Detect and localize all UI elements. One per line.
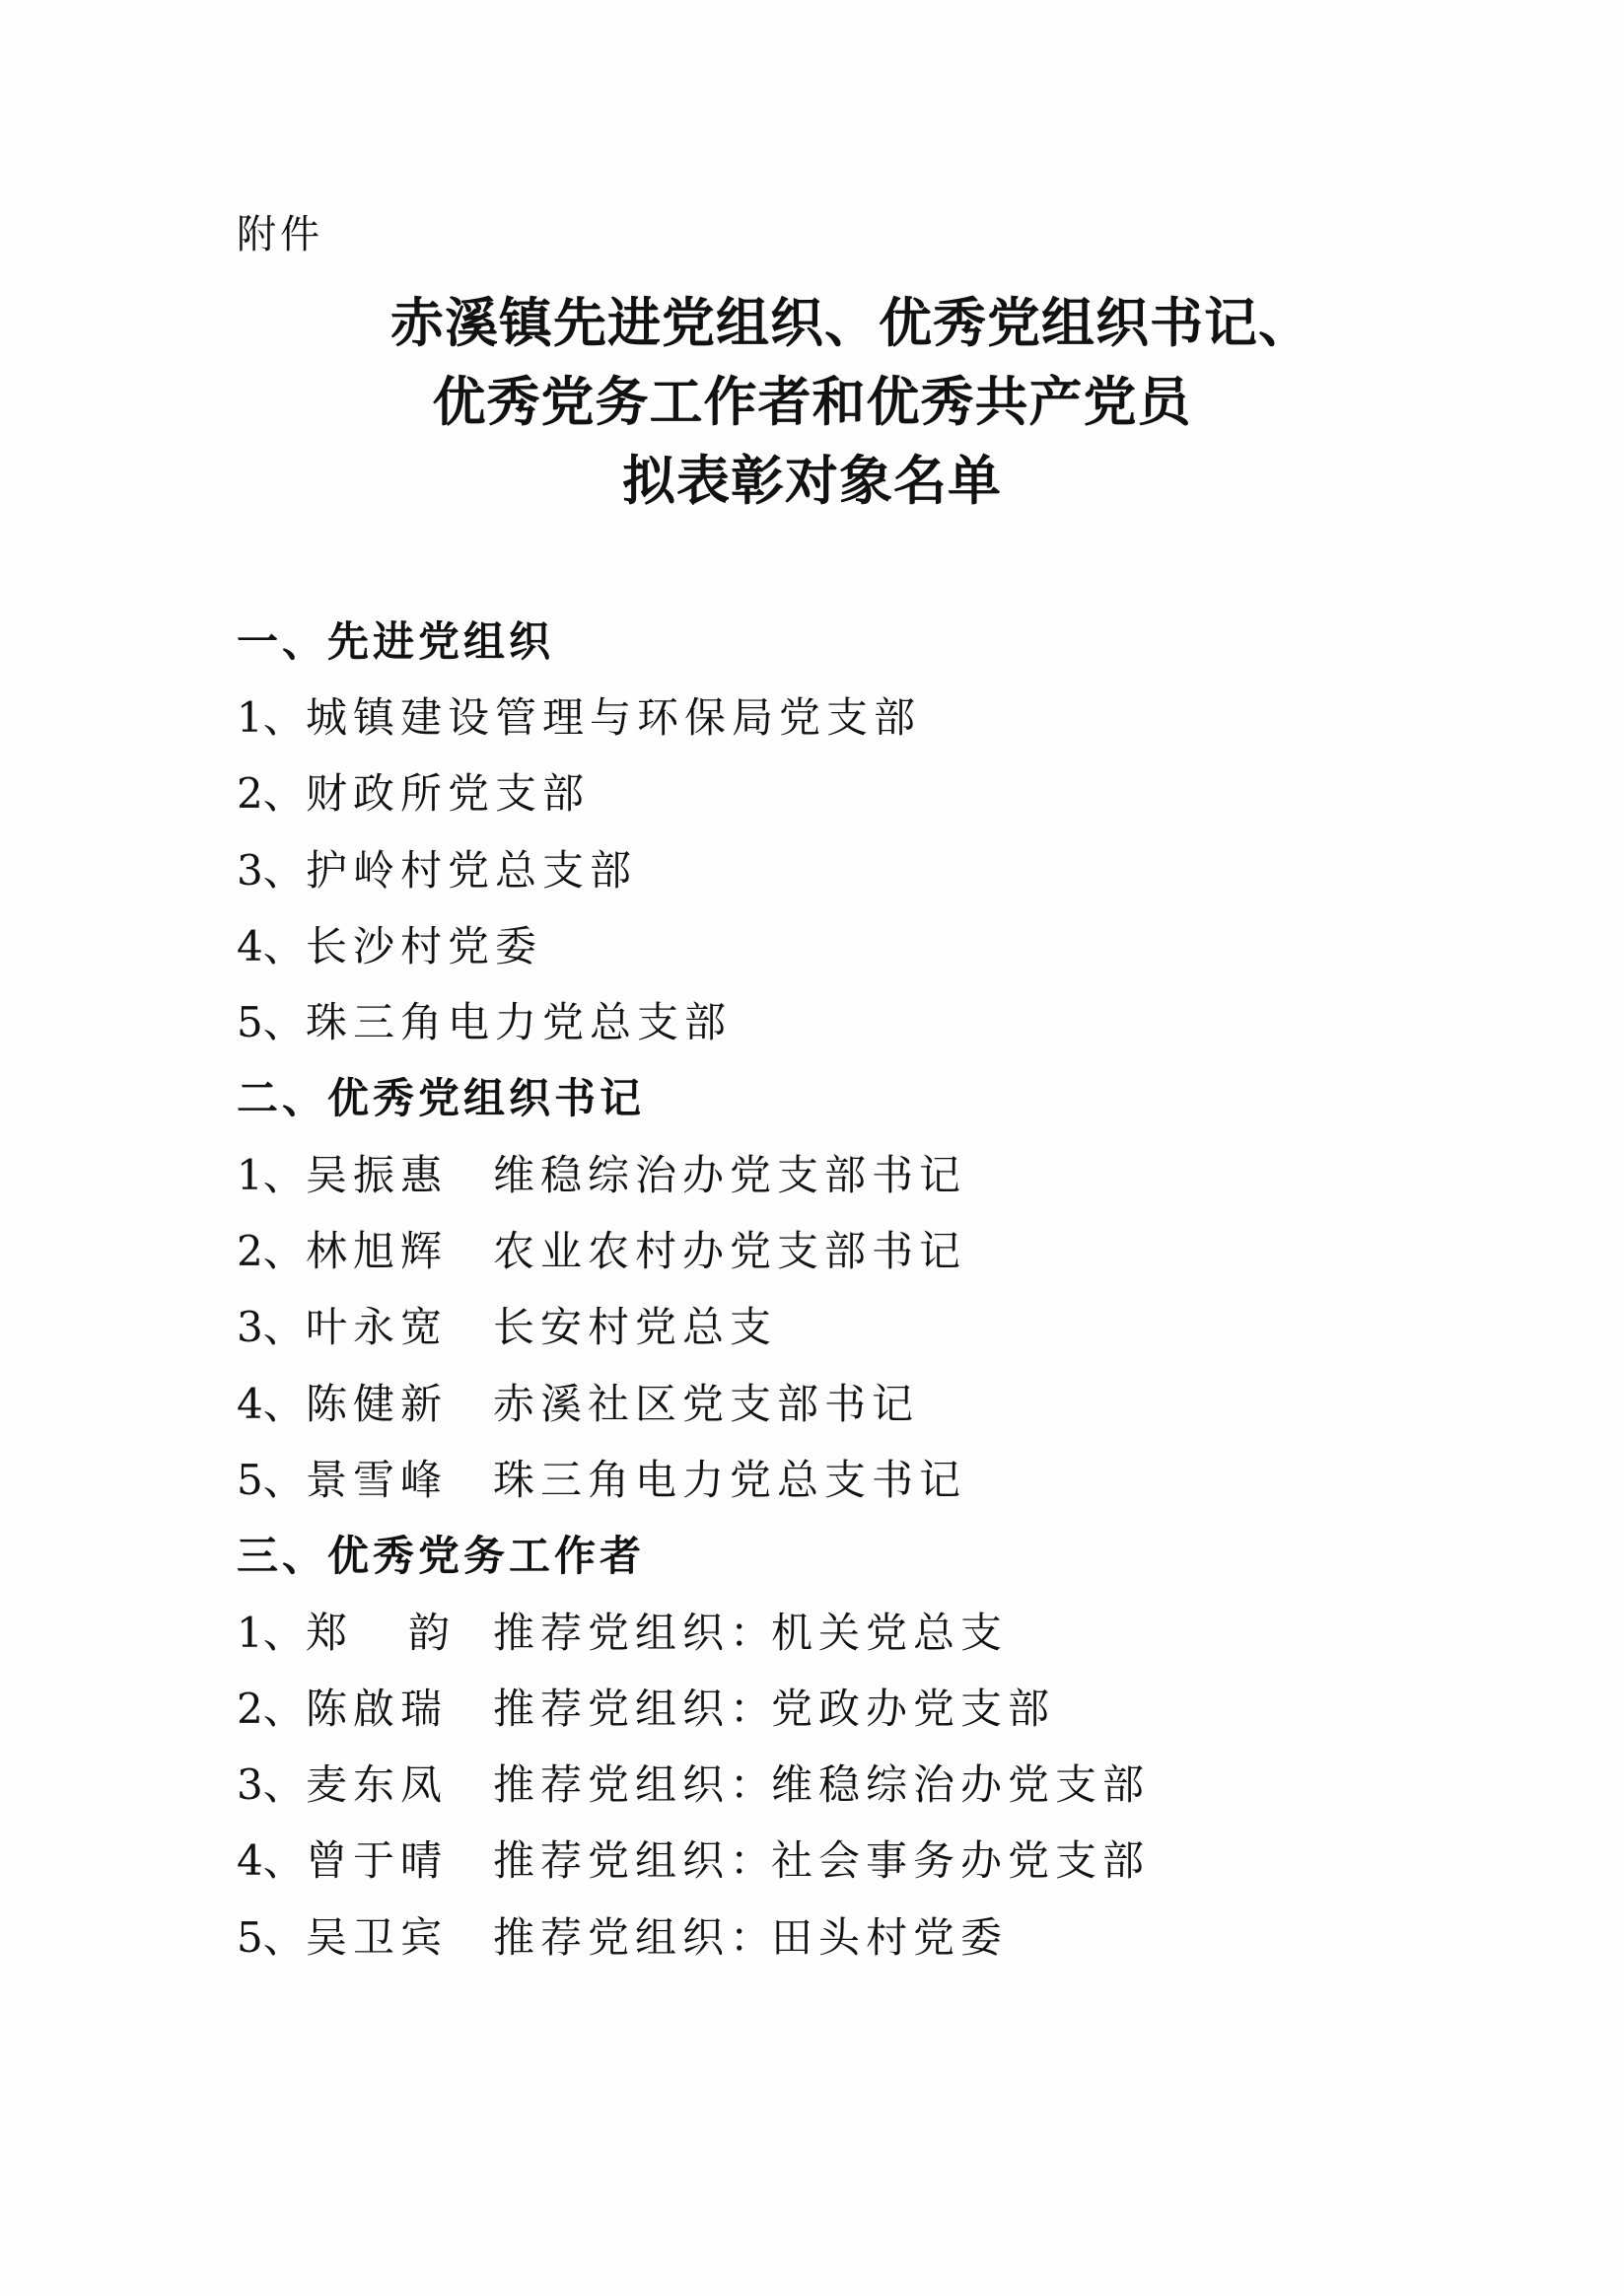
item-number: 4、 [237,926,306,968]
org-name: 城镇建设管理与环保局党支部 [306,697,921,739]
item-number: 2、 [237,773,306,815]
recommending-org: 党政办党支部 [771,1688,1055,1730]
list-item: 2、 财政所党支部 [237,756,1420,832]
list-item: 1、 城镇建设管理与环保局党支部 [237,680,1420,755]
document-page: 附件 赤溪镇先进党组织、优秀党组织书记、 优秀党务工作者和优秀共产党员 拟表彰对… [0,0,1624,2296]
org-name: 珠三角电力党总支部 [306,1002,732,1043]
org-name: 护岭村党总支部 [306,850,637,892]
list-item: 3、 麦东凤 推荐党组织： 维稳综治办党支部 [237,1747,1420,1823]
title-line-2: 优秀党务工作者和优秀共产党员 [0,363,1624,442]
recommending-org: 机关党总支 [771,1613,1008,1654]
recommending-org: 维稳综治办党支部 [771,1764,1150,1806]
list-item: 4、 长沙村党委 [237,908,1420,984]
org-name: 长沙村党委 [306,926,542,968]
position: 维稳综治办党支部书记 [493,1155,966,1196]
item-number: 1、 [237,1613,306,1654]
recommending-org-label: 推荐党组织： [493,1613,771,1654]
list-item: 5、 景雪峰 珠三角电力党总支书记 [237,1442,1420,1518]
person-name: 麦东凤 [306,1764,493,1806]
title-line-1: 赤溪镇先进党组织、优秀党组织书记、 [79,284,1624,363]
item-number: 1、 [237,697,306,739]
person-name: 曾于晴 [306,1840,493,1882]
position: 赤溪社区党支部书记 [493,1384,919,1425]
attachment-label: 附件 [237,215,323,254]
position: 农业农村办党支部书记 [493,1231,966,1272]
item-number: 2、 [237,1688,306,1730]
person-name: 郑韵 [306,1613,493,1654]
document-body: 一、先进党组织 1、 城镇建设管理与环保局党支部 2、 财政所党支部 3、 护岭… [237,604,1420,1975]
list-item: 4、 曾于晴 推荐党组织： 社会事务办党支部 [237,1824,1420,1900]
item-number: 3、 [237,1307,306,1348]
list-item: 1、 郑韵 推荐党组织： 机关党总支 [237,1595,1420,1671]
position: 长安村党总支 [493,1307,777,1348]
item-number: 3、 [237,1764,306,1806]
document-title: 赤溪镇先进党组织、优秀党组织书记、 优秀党务工作者和优秀共产党员 拟表彰对象名单 [0,284,1624,521]
person-name: 叶永宽 [306,1307,493,1348]
person-name: 吴振惠 [306,1155,493,1196]
list-item: 1、 吴振惠 维稳综治办党支部书记 [237,1137,1420,1213]
section-heading-excellent-secretaries: 二、优秀党组织书记 [237,1061,1420,1137]
person-name: 景雪峰 [306,1460,493,1501]
list-item: 5、 珠三角电力党总支部 [237,984,1420,1060]
section-heading-excellent-party-workers: 三、优秀党务工作者 [237,1519,1420,1595]
list-item: 3、 护岭村党总支部 [237,832,1420,908]
item-number: 2、 [237,1231,306,1272]
list-item: 3、 叶永宽 长安村党总支 [237,1290,1420,1366]
title-line-3: 拟表彰对象名单 [0,442,1624,521]
recommending-org-label: 推荐党组织： [493,1688,771,1730]
recommending-org: 社会事务办党支部 [771,1840,1150,1882]
item-number: 5、 [237,1460,306,1501]
person-name: 林旭辉 [306,1231,493,1272]
list-item: 5、 吴卫宾 推荐党组织： 田头村党委 [237,1900,1420,1975]
list-item: 2、 林旭辉 农业农村办党支部书记 [237,1213,1420,1289]
person-name: 陈啟瑞 [306,1688,493,1730]
recommending-org-label: 推荐党组织： [493,1917,771,1959]
item-number: 4、 [237,1384,306,1425]
position: 珠三角电力党总支书记 [493,1460,966,1501]
person-name: 吴卫宾 [306,1917,493,1959]
item-number: 5、 [237,1917,306,1959]
list-item: 4、 陈健新 赤溪社区党支部书记 [237,1366,1420,1442]
recommending-org-label: 推荐党组织： [493,1764,771,1806]
recommending-org-label: 推荐党组织： [493,1840,771,1882]
section-heading-advanced-orgs: 一、先进党组织 [237,604,1420,680]
recommending-org: 田头村党委 [771,1917,1008,1959]
person-name: 陈健新 [306,1384,493,1425]
item-number: 1、 [237,1155,306,1196]
list-item: 2、 陈啟瑞 推荐党组织： 党政办党支部 [237,1671,1420,1747]
org-name: 财政所党支部 [306,773,590,815]
item-number: 3、 [237,850,306,892]
item-number: 5、 [237,1002,306,1043]
item-number: 4、 [237,1840,306,1882]
